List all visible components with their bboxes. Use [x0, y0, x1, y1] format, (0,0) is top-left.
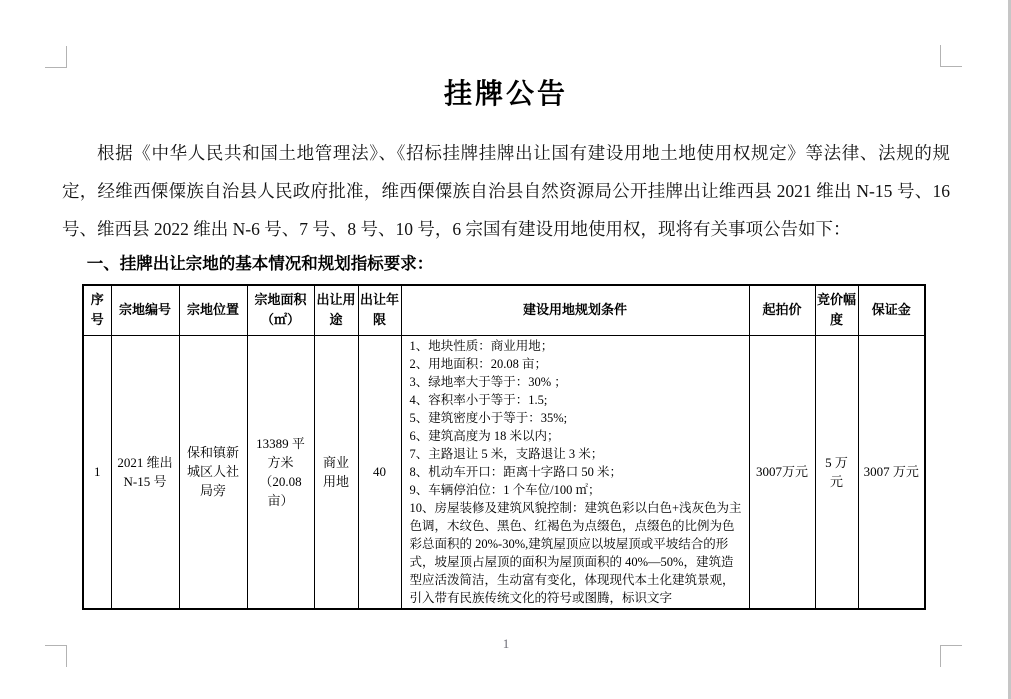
cell-area: 13389 平方米（20.08 亩）	[247, 335, 314, 609]
announcement-title: 挂牌公告	[62, 72, 950, 112]
intro-paragraph: 根据《中华人民共和国土地管理法》、《招标挂牌挂牌出让国有建设用地土地使用权规定》…	[62, 134, 950, 248]
header-area: 宗地面积（㎡）	[247, 285, 314, 335]
table-header-row: 序号 宗地编号 宗地位置 宗地面积（㎡） 出让用途 出让年限 建设用地规划条件 …	[83, 285, 925, 335]
condition-item: 1、地块性质：商业用地；	[410, 337, 743, 355]
header-location: 宗地位置	[179, 285, 247, 335]
cell-parcel-no: 2021 维出 N-15 号	[111, 335, 179, 609]
table-row: 1 2021 维出 N-15 号 保和镇新城区人社局旁 13389 平方米（20…	[83, 335, 925, 609]
header-parcel-no: 宗地编号	[111, 285, 179, 335]
cell-seq: 1	[83, 335, 111, 609]
header-starting-price: 起拍价	[749, 285, 815, 335]
condition-item: 7、主路退让 5 米，支路退让 3 米；	[410, 445, 743, 463]
cell-term: 40	[358, 335, 401, 609]
cell-use: 商业用地	[314, 335, 358, 609]
condition-item: 10、房屋装修及建筑风貌控制：建筑色彩以白色+浅灰色为主色调，木纹色、黑色、红褐…	[410, 499, 743, 607]
header-use: 出让用途	[314, 285, 358, 335]
condition-item: 8、机动车开口：距离十字路口 50 米；	[410, 463, 743, 481]
header-seq: 序号	[83, 285, 111, 335]
condition-item: 4、容积率小于等于：1.5;	[410, 391, 743, 409]
condition-item: 6、建筑高度为 18 米以内；	[410, 427, 743, 445]
cell-bid-increment: 5 万元	[815, 335, 858, 609]
condition-item: 9、车辆停泊位：1 个车位/100 ㎡；	[410, 481, 743, 499]
header-conditions: 建设用地规划条件	[401, 285, 749, 335]
cell-conditions: 1、地块性质：商业用地； 2、用地面积：20.08 亩； 3、绿地率大于等于：3…	[401, 335, 749, 609]
header-deposit: 保证金	[858, 285, 925, 335]
condition-item: 2、用地面积：20.08 亩；	[410, 355, 743, 373]
header-bid-increment: 竞价幅度	[815, 285, 858, 335]
cell-starting-price: 3007万元	[749, 335, 815, 609]
land-parcel-table: 序号 宗地编号 宗地位置 宗地面积（㎡） 出让用途 出让年限 建设用地规划条件 …	[82, 284, 926, 610]
document-content: 挂牌公告 根据《中华人民共和国土地管理法》、《招标挂牌挂牌出让国有建设用地土地使…	[62, 0, 950, 610]
document-page: { "page": { "title": "挂牌公告", "intro_para…	[0, 0, 1011, 699]
condition-item: 5、建筑密度小于等于：35%;	[410, 409, 743, 427]
page-number: 1	[62, 636, 950, 652]
cell-deposit: 3007 万元	[858, 335, 925, 609]
condition-item: 3、绿地率大于等于：30% ；	[410, 373, 743, 391]
cell-location: 保和镇新城区人社局旁	[179, 335, 247, 609]
header-term: 出让年限	[358, 285, 401, 335]
section-heading: 一、挂牌出让宗地的基本情况和规划指标要求：	[62, 248, 950, 280]
